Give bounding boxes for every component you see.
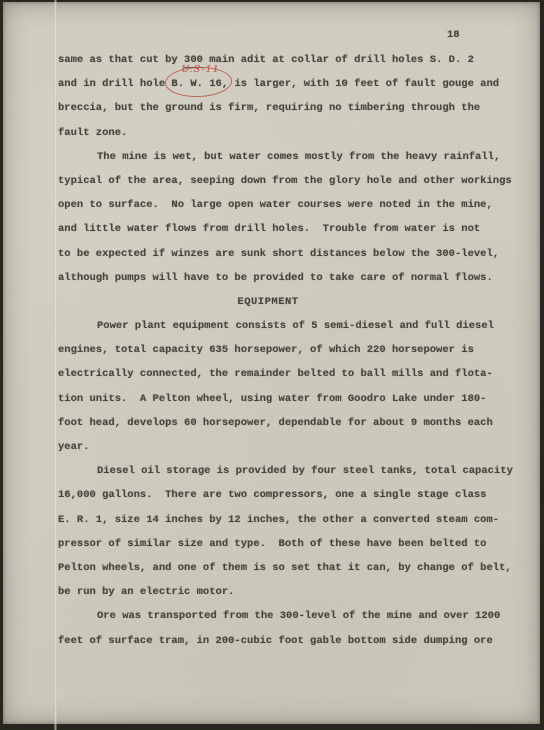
typed-line: breccia, but the ground is firm, requiri…: [58, 96, 510, 120]
page-number: 18: [447, 29, 460, 41]
typed-line: Ore was transported from the 300-level o…: [58, 604, 510, 628]
typed-line: The mine is wet, but water comes mostly …: [58, 145, 510, 169]
typed-line: typical of the area, seeping down from t…: [58, 169, 510, 193]
typed-line: open to surface. No large open water cou…: [58, 193, 510, 217]
typed-line: 16,000 gallons. There are two compressor…: [58, 483, 510, 507]
typed-line: Pelton wheels, and one of them is so set…: [58, 556, 510, 580]
typed-line: be run by an electric motor.: [58, 580, 510, 604]
typed-line: tion units. A Pelton wheel, using water …: [58, 387, 510, 411]
typed-line: Diesel oil storage is provided by four s…: [58, 459, 510, 483]
typed-line: feet of surface tram, in 200-cubic foot …: [58, 629, 510, 653]
circled-drill-hole-id: U.S-11B. W. 16,: [171, 72, 228, 96]
typed-line: E. R. 1, size 14 inches by 12 inches, th…: [58, 508, 510, 532]
line1-post: main adit at collar of drill holes S. D.…: [203, 54, 474, 66]
typed-line: electrically connected, the remainder be…: [58, 362, 510, 386]
typed-line: foot head, develops 60 horsepower, depen…: [58, 411, 510, 435]
handwritten-note: U.S-11: [181, 58, 219, 82]
line2-pre: and in drill hole: [58, 78, 171, 90]
typed-line: although pumps will have to be provided …: [58, 266, 510, 290]
typed-line: fault zone.: [58, 121, 510, 145]
scanned-document-screenshot: { "page": { "number": "18" }, "colors": …: [0, 0, 544, 730]
section-heading: EQUIPMENT: [42, 290, 494, 314]
line2-post: is larger, with 10 feet of fault gouge a…: [228, 78, 499, 90]
page-edge-crease: [54, 0, 57, 730]
typed-text-block: same as that cut by 300 main adit at col…: [58, 48, 510, 653]
typed-line: Power plant equipment consists of 5 semi…: [58, 314, 510, 338]
typed-line: and in drill hole U.S-11B. W. 16, is lar…: [58, 72, 510, 96]
typed-line: and little water flows from drill holes.…: [58, 217, 510, 241]
typed-line: to be expected if winzes are sunk short …: [58, 242, 510, 266]
line1-pre: same as that cut by: [58, 54, 184, 66]
typed-line: pressor of similar size and type. Both o…: [58, 532, 510, 556]
typed-line: same as that cut by 300 main adit at col…: [58, 48, 510, 72]
typed-line: year.: [58, 435, 510, 459]
typed-line: engines, total capacity 635 horsepower, …: [58, 338, 510, 362]
